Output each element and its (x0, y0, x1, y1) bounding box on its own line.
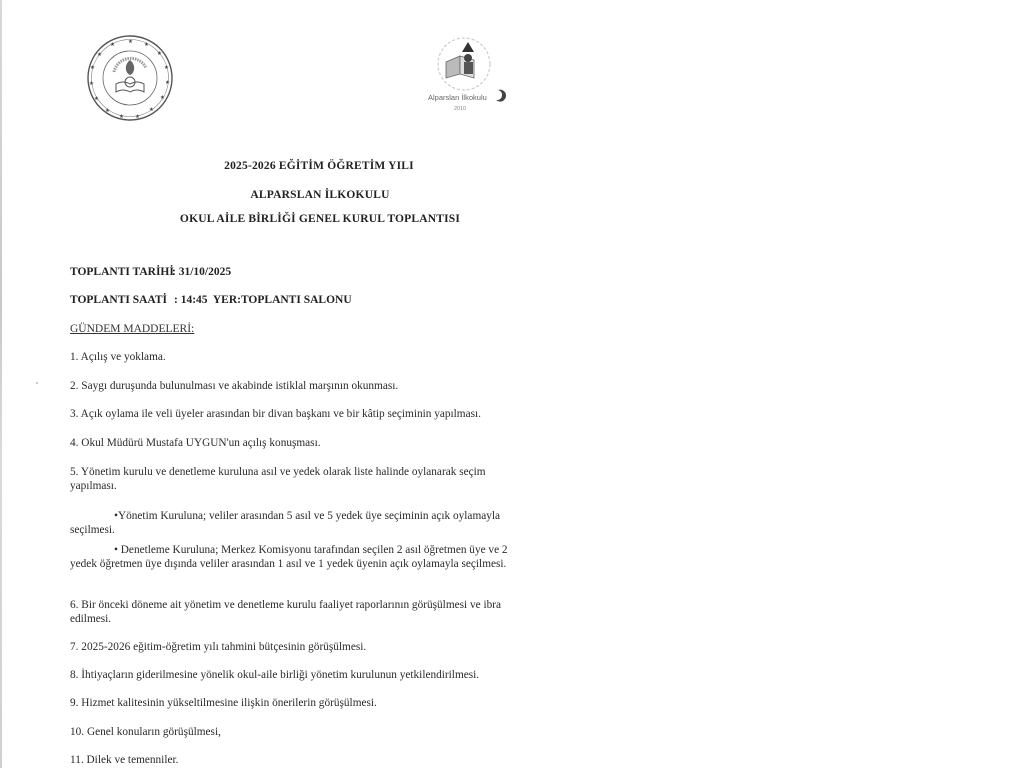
svg-text:★: ★ (119, 114, 124, 120)
meeting-time-value: : 14:45 YER:TOPLANTI SALONU (174, 294, 352, 306)
agenda-item: 7. 2025-2026 eğitim-öğretim yılı tahmini… (70, 640, 530, 654)
meeting-time-row: TOPLANTI SAATİ: 14:45 YER:TOPLANTI SALON… (70, 294, 352, 306)
svg-text:★: ★ (160, 95, 165, 101)
scanned-document-page: ★★★ ★★★ ★★★ ★★★ ★★★ Alparslan İlkokulu 2… (0, 0, 1023, 768)
school-logo-icon: Alparslan İlkokulu 2010 (424, 32, 510, 114)
meeting-date-value: : 31/10/2025 (172, 266, 231, 278)
meeting-time-label: TOPLANTI SAATİ (70, 294, 174, 306)
svg-text:★: ★ (164, 65, 169, 71)
agenda-item: 6. Bir önceki döneme ait yönetim ve dene… (70, 598, 530, 626)
svg-text:★: ★ (89, 81, 94, 87)
agenda-item: 11. Dilek ve temenniler. (70, 753, 530, 767)
agenda-item: 3. Açık oylama ile veli üyeler arasından… (70, 407, 530, 421)
svg-text:★: ★ (149, 107, 154, 113)
svg-text:★: ★ (165, 80, 170, 86)
agenda-item: 8. İhtiyaçların giderilmesine yönelik ok… (70, 668, 530, 682)
svg-text:★: ★ (110, 42, 115, 48)
svg-text:★: ★ (144, 42, 149, 48)
agenda-item: 10. Genel konuların görüşülmesi, (70, 725, 530, 739)
school-logo-caption: Alparslan İlkokulu (428, 93, 487, 102)
svg-text:★: ★ (105, 108, 110, 114)
meb-seal-icon: ★★★ ★★★ ★★★ ★★★ ★★★ (86, 34, 174, 122)
meeting-date-row: TOPLANTI TARİHİ: 31/10/2025 (70, 266, 231, 278)
agenda-heading: GÜNDEM MADDELERİ: (70, 323, 194, 335)
agenda-item: 4. Okul Müdürü Mustafa UYGUN'un açılış k… (70, 436, 530, 450)
header-academic-year: 2025-2026 EĞİTİM ÖĞRETİM YILI (0, 160, 638, 172)
svg-text:★: ★ (90, 65, 95, 71)
agenda-item: 5. Yönetim kurulu ve denetleme kuruluna … (70, 465, 530, 493)
agenda-sub-item: •Yönetim Kuruluna; veliler arasından 5 a… (70, 509, 530, 537)
svg-text:★: ★ (157, 51, 162, 57)
header-school-name: ALPARSLAN İLKOKULU (0, 189, 640, 201)
scan-speck (36, 382, 38, 384)
agenda-sub-item: • Denetleme Kuruluna; Merkez Komisyonu t… (70, 543, 530, 571)
svg-text:★: ★ (97, 52, 102, 58)
svg-text:★: ★ (94, 96, 99, 102)
agenda-item: 2. Saygı duruşunda bulunulması ve akabin… (70, 379, 530, 393)
meeting-date-label: TOPLANTI TARİHİ (70, 266, 172, 278)
svg-text:★: ★ (128, 39, 133, 45)
agenda-item: 9. Hizmet kalitesinin yükseltilmesine il… (70, 696, 530, 710)
svg-text:★: ★ (135, 114, 140, 120)
agenda-item: 1. Açılış ve yoklama. (70, 350, 530, 364)
header-meeting-title: OKUL AİLE BİRLİĞİ GENEL KURUL TOPLANTISI (0, 213, 640, 225)
school-logo-year: 2010 (454, 106, 466, 112)
scan-edge (0, 0, 2, 768)
